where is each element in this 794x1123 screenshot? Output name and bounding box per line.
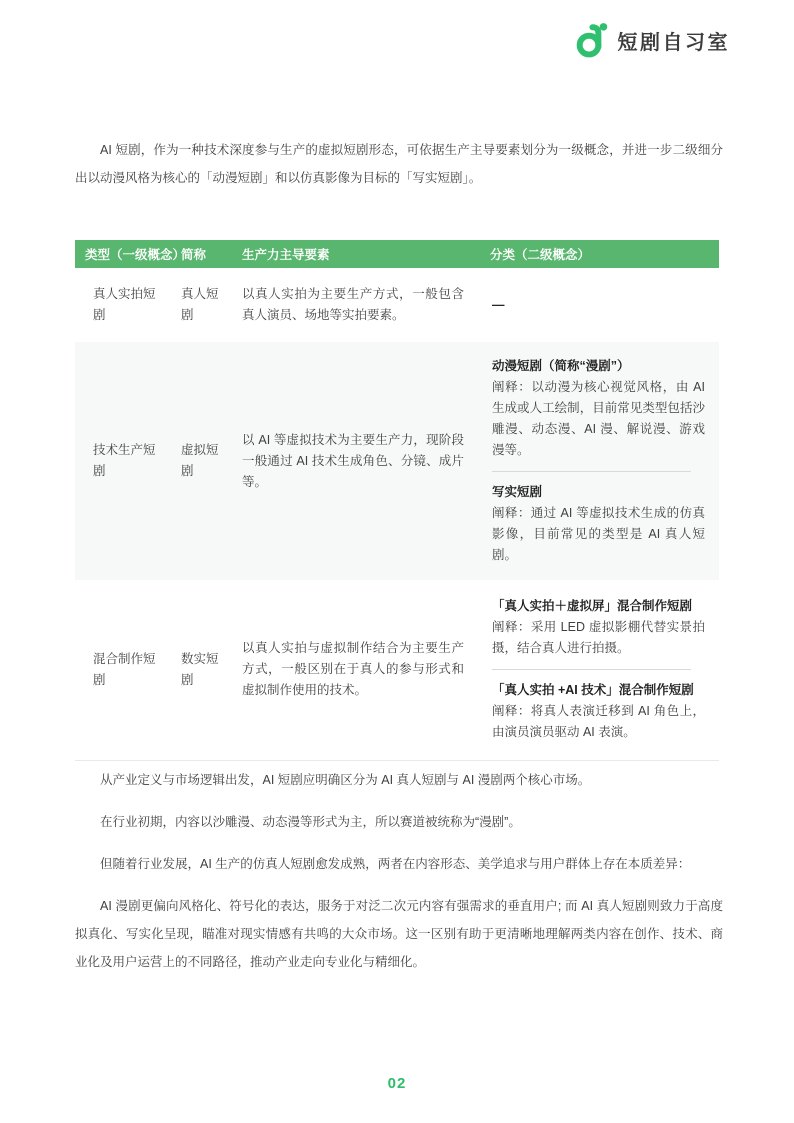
dj-logo-icon xyxy=(575,20,609,60)
cell-short-name: 虚拟短剧 xyxy=(171,342,232,580)
category-title: 「真人实拍＋虚拟屏」混合制作短剧 xyxy=(492,596,705,617)
category-description: 阐释：将真人表演迁移到 AI 角色上，由演员演员驱动 AI 表演。 xyxy=(492,701,705,743)
page-number: 02 xyxy=(388,1075,407,1092)
cell-type: 混合制作短剧 xyxy=(75,580,171,760)
category-divider xyxy=(492,669,691,670)
document-page: 短剧自习室 AI 短剧，作为一种技术深度参与生产的虚拟短剧形态，可依据生产主导要… xyxy=(0,0,794,1123)
category-description: 阐释：以动漫为核心视觉风格，由 AI 生成或人工绘制，目前常见类型包括沙雕漫、动… xyxy=(492,377,705,461)
cell-category: — xyxy=(480,268,719,342)
page-footer: 02 xyxy=(0,1075,794,1093)
cell-production: 以真人实拍与虚拟制作结合为主要生产方式，一般区别在于真人的参与形式和虚拟制作使用… xyxy=(232,580,480,760)
header-production: 生产力主导要素 xyxy=(232,240,480,268)
body-paragraphs: 从产业定义与市场逻辑出发，AI 短剧应明确区分为 AI 真人短剧与 AI 漫剧两… xyxy=(75,766,723,990)
cell-category: 「真人实拍＋虚拟屏」混合制作短剧 阐释：采用 LED 虚拟影棚代替实景拍摄，结合… xyxy=(480,580,719,760)
cell-type: 技术生产短剧 xyxy=(75,342,171,580)
category-title: 动漫短剧（简称“漫剧”） xyxy=(492,356,705,377)
classification-table: 类型（一级概念） 简称 生产力主导要素 分类（二级概念） 真人实拍短剧 真人短剧… xyxy=(75,240,719,761)
cell-short-name: 数实短剧 xyxy=(171,580,232,760)
category-description: 阐释：通过 AI 等虚拟技术生成的仿真影像，目前常见的类型是 AI 真人短剧。 xyxy=(492,503,705,566)
brand-name: 短剧自习室 xyxy=(618,26,731,55)
cell-category: 动漫短剧（简称“漫剧”） 阐释：以动漫为核心视觉风格，由 AI 生成或人工绘制，… xyxy=(480,342,719,580)
category-title: 「真人实拍 +AI 技术」混合制作短剧 xyxy=(492,680,705,701)
category-divider xyxy=(492,471,691,472)
paragraph: AI 漫剧更偏向风格化、符号化的表达，服务于对泛二次元内容有强需求的垂直用户; … xyxy=(75,892,723,976)
category-title: 写实短剧 xyxy=(492,482,705,503)
cell-type: 真人实拍短剧 xyxy=(75,268,171,342)
paragraph: 从产业定义与市场逻辑出发，AI 短剧应明确区分为 AI 真人短剧与 AI 漫剧两… xyxy=(75,766,723,794)
category-description: 阐释：采用 LED 虚拟影棚代替实景拍摄，结合真人进行拍摄。 xyxy=(492,617,705,659)
table-row: 混合制作短剧 数实短剧 以真人实拍与虚拟制作结合为主要生产方式，一般区别在于真人… xyxy=(75,580,719,760)
table-header-row: 类型（一级概念） 简称 生产力主导要素 分类（二级概念） xyxy=(75,240,719,268)
cell-production: 以真人实拍为主要生产方式，一般包含真人演员、场地等实拍要素。 xyxy=(232,268,480,342)
paragraph: 但随着行业发展，AI 生产的仿真人短剧愈发成熟，两者在内容形态、美学追求与用户群… xyxy=(75,850,723,878)
intro-paragraph: AI 短剧，作为一种技术深度参与生产的虚拟短剧形态，可依据生产主导要素划分为一级… xyxy=(75,136,723,192)
category-empty-dash: — xyxy=(492,295,705,316)
cell-production: 以 AI 等虚拟技术为主要生产力，现阶段一般通过 AI 技术生成角色、分镜、成片… xyxy=(232,342,480,580)
header-short-name: 简称 xyxy=(171,240,232,268)
table-row: 真人实拍短剧 真人短剧 以真人实拍为主要生产方式，一般包含真人演员、场地等实拍要… xyxy=(75,268,719,342)
header-category: 分类（二级概念） xyxy=(480,240,719,268)
paragraph: 在行业初期，内容以沙雕漫、动态漫等形式为主，所以赛道被统称为“漫剧”。 xyxy=(75,808,723,836)
cell-short-name: 真人短剧 xyxy=(171,268,232,342)
table-row: 技术生产短剧 虚拟短剧 以 AI 等虚拟技术为主要生产力，现阶段一般通过 AI … xyxy=(75,342,719,580)
header-type: 类型（一级概念） xyxy=(75,240,171,268)
brand-logo: 短剧自习室 xyxy=(575,20,731,60)
